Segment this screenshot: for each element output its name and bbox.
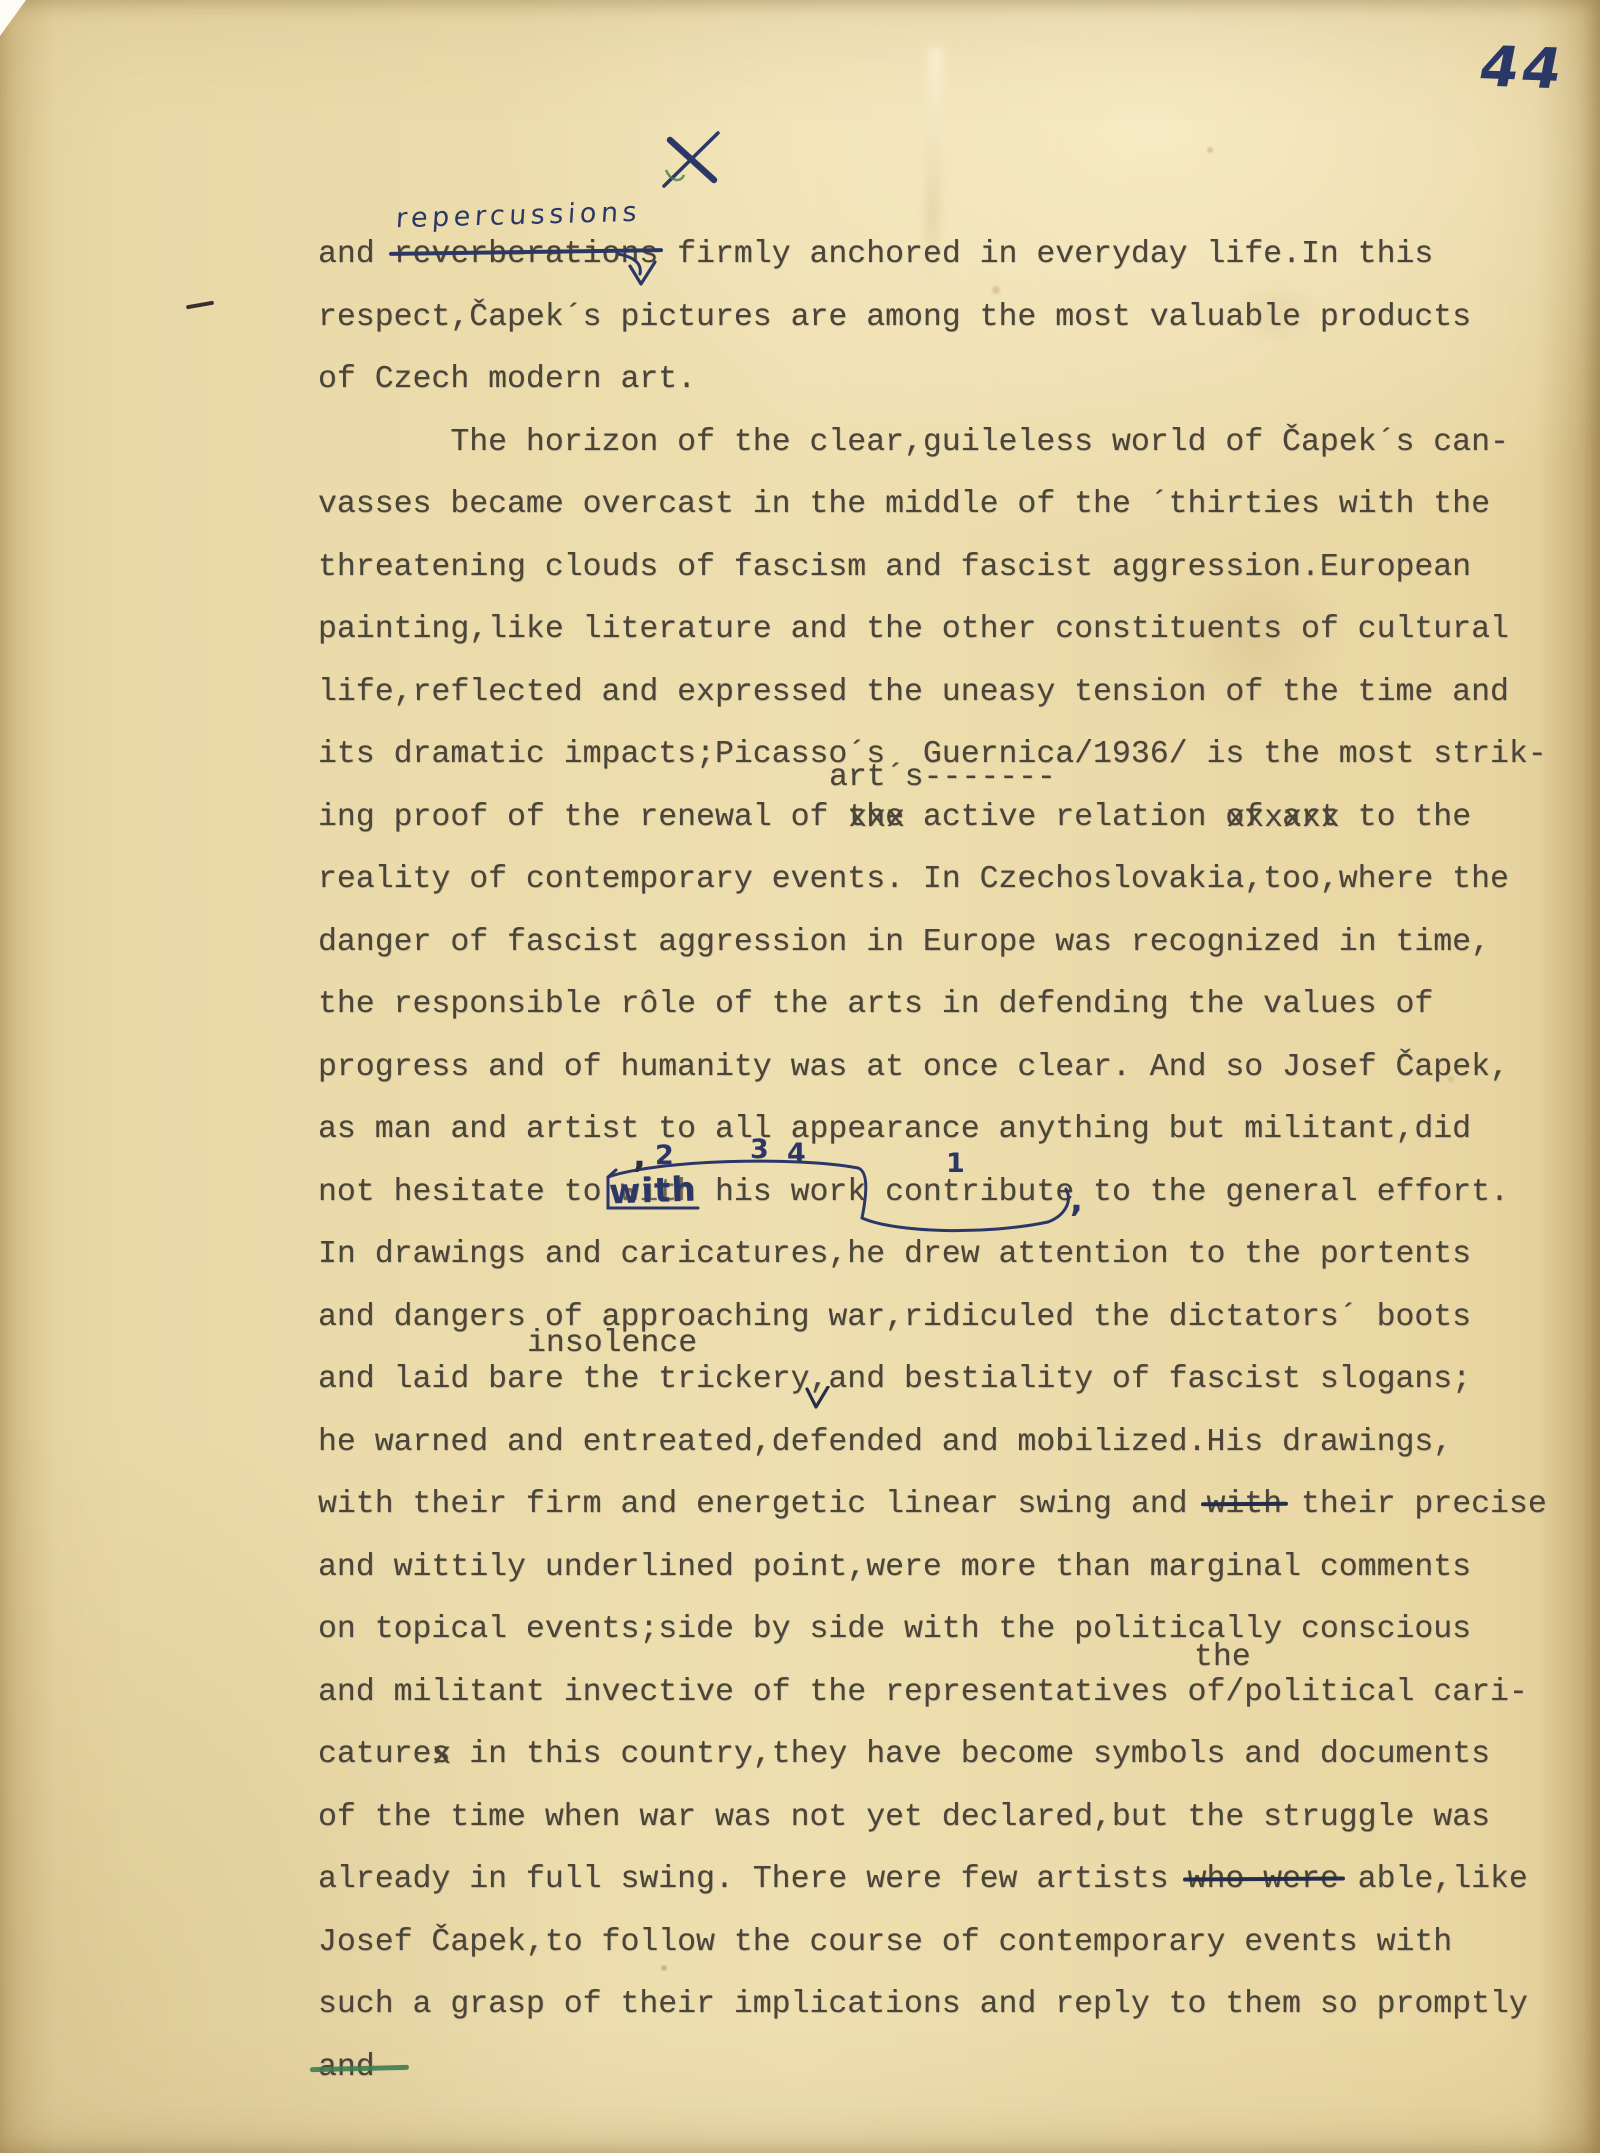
- typed-line: painting,like literature and the other c…: [318, 599, 1547, 662]
- typed-line: on topical events;side by side with the …: [318, 1599, 1547, 1662]
- handwritten-comma-after-contribute: ,: [1070, 1180, 1083, 1220]
- typed-text: in this country,they have become symbols…: [450, 1737, 1490, 1772]
- overtyped-text: thexxx: [847, 787, 904, 850]
- scan-corner-notch: [0, 0, 26, 36]
- typed-line: The horizon of the clear,guileless world…: [318, 412, 1547, 475]
- typed-line: with their firm and energetic linear swi…: [318, 1474, 1547, 1537]
- typed-line: and wittily underlined point,were more t…: [318, 1537, 1547, 1600]
- typed-line: such a grasp of their implications and r…: [318, 1974, 1547, 2037]
- typed-text: vasses became overcast in the middle of …: [318, 487, 1490, 522]
- overtyped-text: sx: [431, 1724, 450, 1787]
- typed-text: of Czech modern art.: [318, 362, 696, 397]
- typed-text: respect,Čapek´s pictures are among the m…: [318, 300, 1471, 335]
- typed-text: cature: [318, 1737, 431, 1772]
- typed-text: able,like: [1339, 1862, 1528, 1897]
- typed-text: with their firm and energetic linear swi…: [318, 1487, 1206, 1522]
- handwritten-with-overlay: with: [608, 1169, 697, 1212]
- typed-line: and reverberations firmly anchored in ev…: [318, 224, 1547, 287]
- typed-line: of Czech modern art.: [318, 349, 1547, 412]
- typed-text: danger of fascist aggression in Europe w…: [318, 925, 1490, 960]
- typed-line: life,reflected and expressed the uneasy …: [318, 662, 1547, 725]
- typed-text: threatening clouds of fascism and fascis…: [318, 550, 1471, 585]
- typed-text: and laid bare the trickery,and bestialit…: [318, 1362, 1471, 1397]
- typed-text: firmly anchored in everyday life.In this: [658, 237, 1433, 272]
- typed-strike-pen: who were: [1188, 1862, 1339, 1897]
- typed-line: the responsible rôle of the arts in defe…: [318, 974, 1547, 1037]
- typed-text: and militant invective of the representa…: [318, 1675, 1528, 1710]
- typed-line: respect,Čapek´s pictures are among the m…: [318, 287, 1547, 350]
- typed-text: reality of contemporary events. In Czech…: [318, 862, 1509, 897]
- typed-line: caturesx in this country,they have becom…: [318, 1724, 1547, 1787]
- insertion-arrow: [618, 244, 682, 292]
- margin-dash-mark: [186, 301, 214, 310]
- typed-text: The horizon of the clear,guileless world…: [318, 425, 1509, 460]
- typed-line: he warned and entreated,defended and mob…: [318, 1412, 1547, 1475]
- typed-line: of the time when war was not yet declare…: [318, 1787, 1547, 1850]
- typed-text: progress and of humanity was at once cle…: [318, 1050, 1509, 1085]
- typed-text: Josef Čapek,to follow the course of cont…: [318, 1925, 1452, 1960]
- typed-text: he warned and entreated,defended and mob…: [318, 1425, 1452, 1460]
- typed-line: as man and artist to all appearance anyt…: [318, 1099, 1547, 1162]
- typed-text: active relation: [904, 800, 1225, 835]
- typed-text: and dangers of approaching war,ridiculed…: [318, 1300, 1471, 1335]
- typed-strike-pen: with: [1206, 1487, 1282, 1522]
- typed-text: and wittily underlined point,were more t…: [318, 1550, 1471, 1585]
- typed-line: danger of fascist aggression in Europe w…: [318, 912, 1547, 975]
- typed-text: as man and artist to all appearance anyt…: [318, 1112, 1471, 1147]
- typed-text: their precise: [1282, 1487, 1547, 1522]
- typed-text: on topical events;side by side with the …: [318, 1612, 1471, 1647]
- typed-line: and dangers of approaching war,ridiculed…: [318, 1287, 1547, 1350]
- typed-text: to the: [1339, 800, 1471, 835]
- typed-strike-green: and: [318, 2050, 375, 2085]
- typed-line: reality of contemporary events. In Czech…: [318, 849, 1547, 912]
- typed-line: threatening clouds of fascism and fascis…: [318, 537, 1547, 600]
- typed-insertion-the: the: [1194, 1640, 1251, 1675]
- typed-text: life,reflected and expressed the uneasy …: [318, 675, 1509, 710]
- typed-line: and laid bare the trickery,and bestialit…: [318, 1349, 1547, 1412]
- typed-line: ing proof of the renewal of thexxx activ…: [318, 787, 1547, 850]
- typed-line: Josef Čapek,to follow the course of cont…: [318, 1912, 1547, 1975]
- typed-line: and militant invective of the representa…: [318, 1662, 1547, 1725]
- typed-text: such a grasp of their implications and r…: [318, 1987, 1528, 2022]
- handwritten-x-mark: [652, 118, 730, 194]
- typed-text: ing proof of the renewal of: [318, 800, 847, 835]
- typed-insertion-insolence: insolence: [527, 1326, 697, 1361]
- typed-text: painting,like literature and the other c…: [318, 612, 1509, 647]
- paper-specks: [0, 0, 4, 4]
- typed-insertion-arts: art´s-------: [829, 760, 1056, 795]
- typed-text: already in full swing. There were few ar…: [318, 1862, 1188, 1897]
- typed-text: and: [318, 237, 394, 272]
- handwritten-comma-after-artist: ,: [633, 1136, 646, 1176]
- typed-line: vasses became overcast in the middle of …: [318, 474, 1547, 537]
- typed-text: not hesitate to: [318, 1175, 620, 1210]
- overtyped-text: of artxxxxxx: [1225, 787, 1338, 850]
- typed-text: the responsible rôle of the arts in defe…: [318, 987, 1433, 1022]
- insertion-caret: [804, 1386, 832, 1412]
- manuscript-page: and reverberations firmly anchored in ev…: [0, 0, 1600, 2153]
- handwritten-page-number: 44: [1474, 35, 1570, 103]
- typed-text: In drawings and caricatures,he drew atte…: [318, 1237, 1471, 1272]
- handwritten-repercussions: repercussions: [395, 197, 642, 234]
- typed-line: progress and of humanity was at once cle…: [318, 1037, 1547, 1100]
- typed-text: of the time when war was not yet declare…: [318, 1800, 1490, 1835]
- typed-line: and: [318, 2037, 1547, 2100]
- typed-line: already in full swing. There were few ar…: [318, 1849, 1547, 1912]
